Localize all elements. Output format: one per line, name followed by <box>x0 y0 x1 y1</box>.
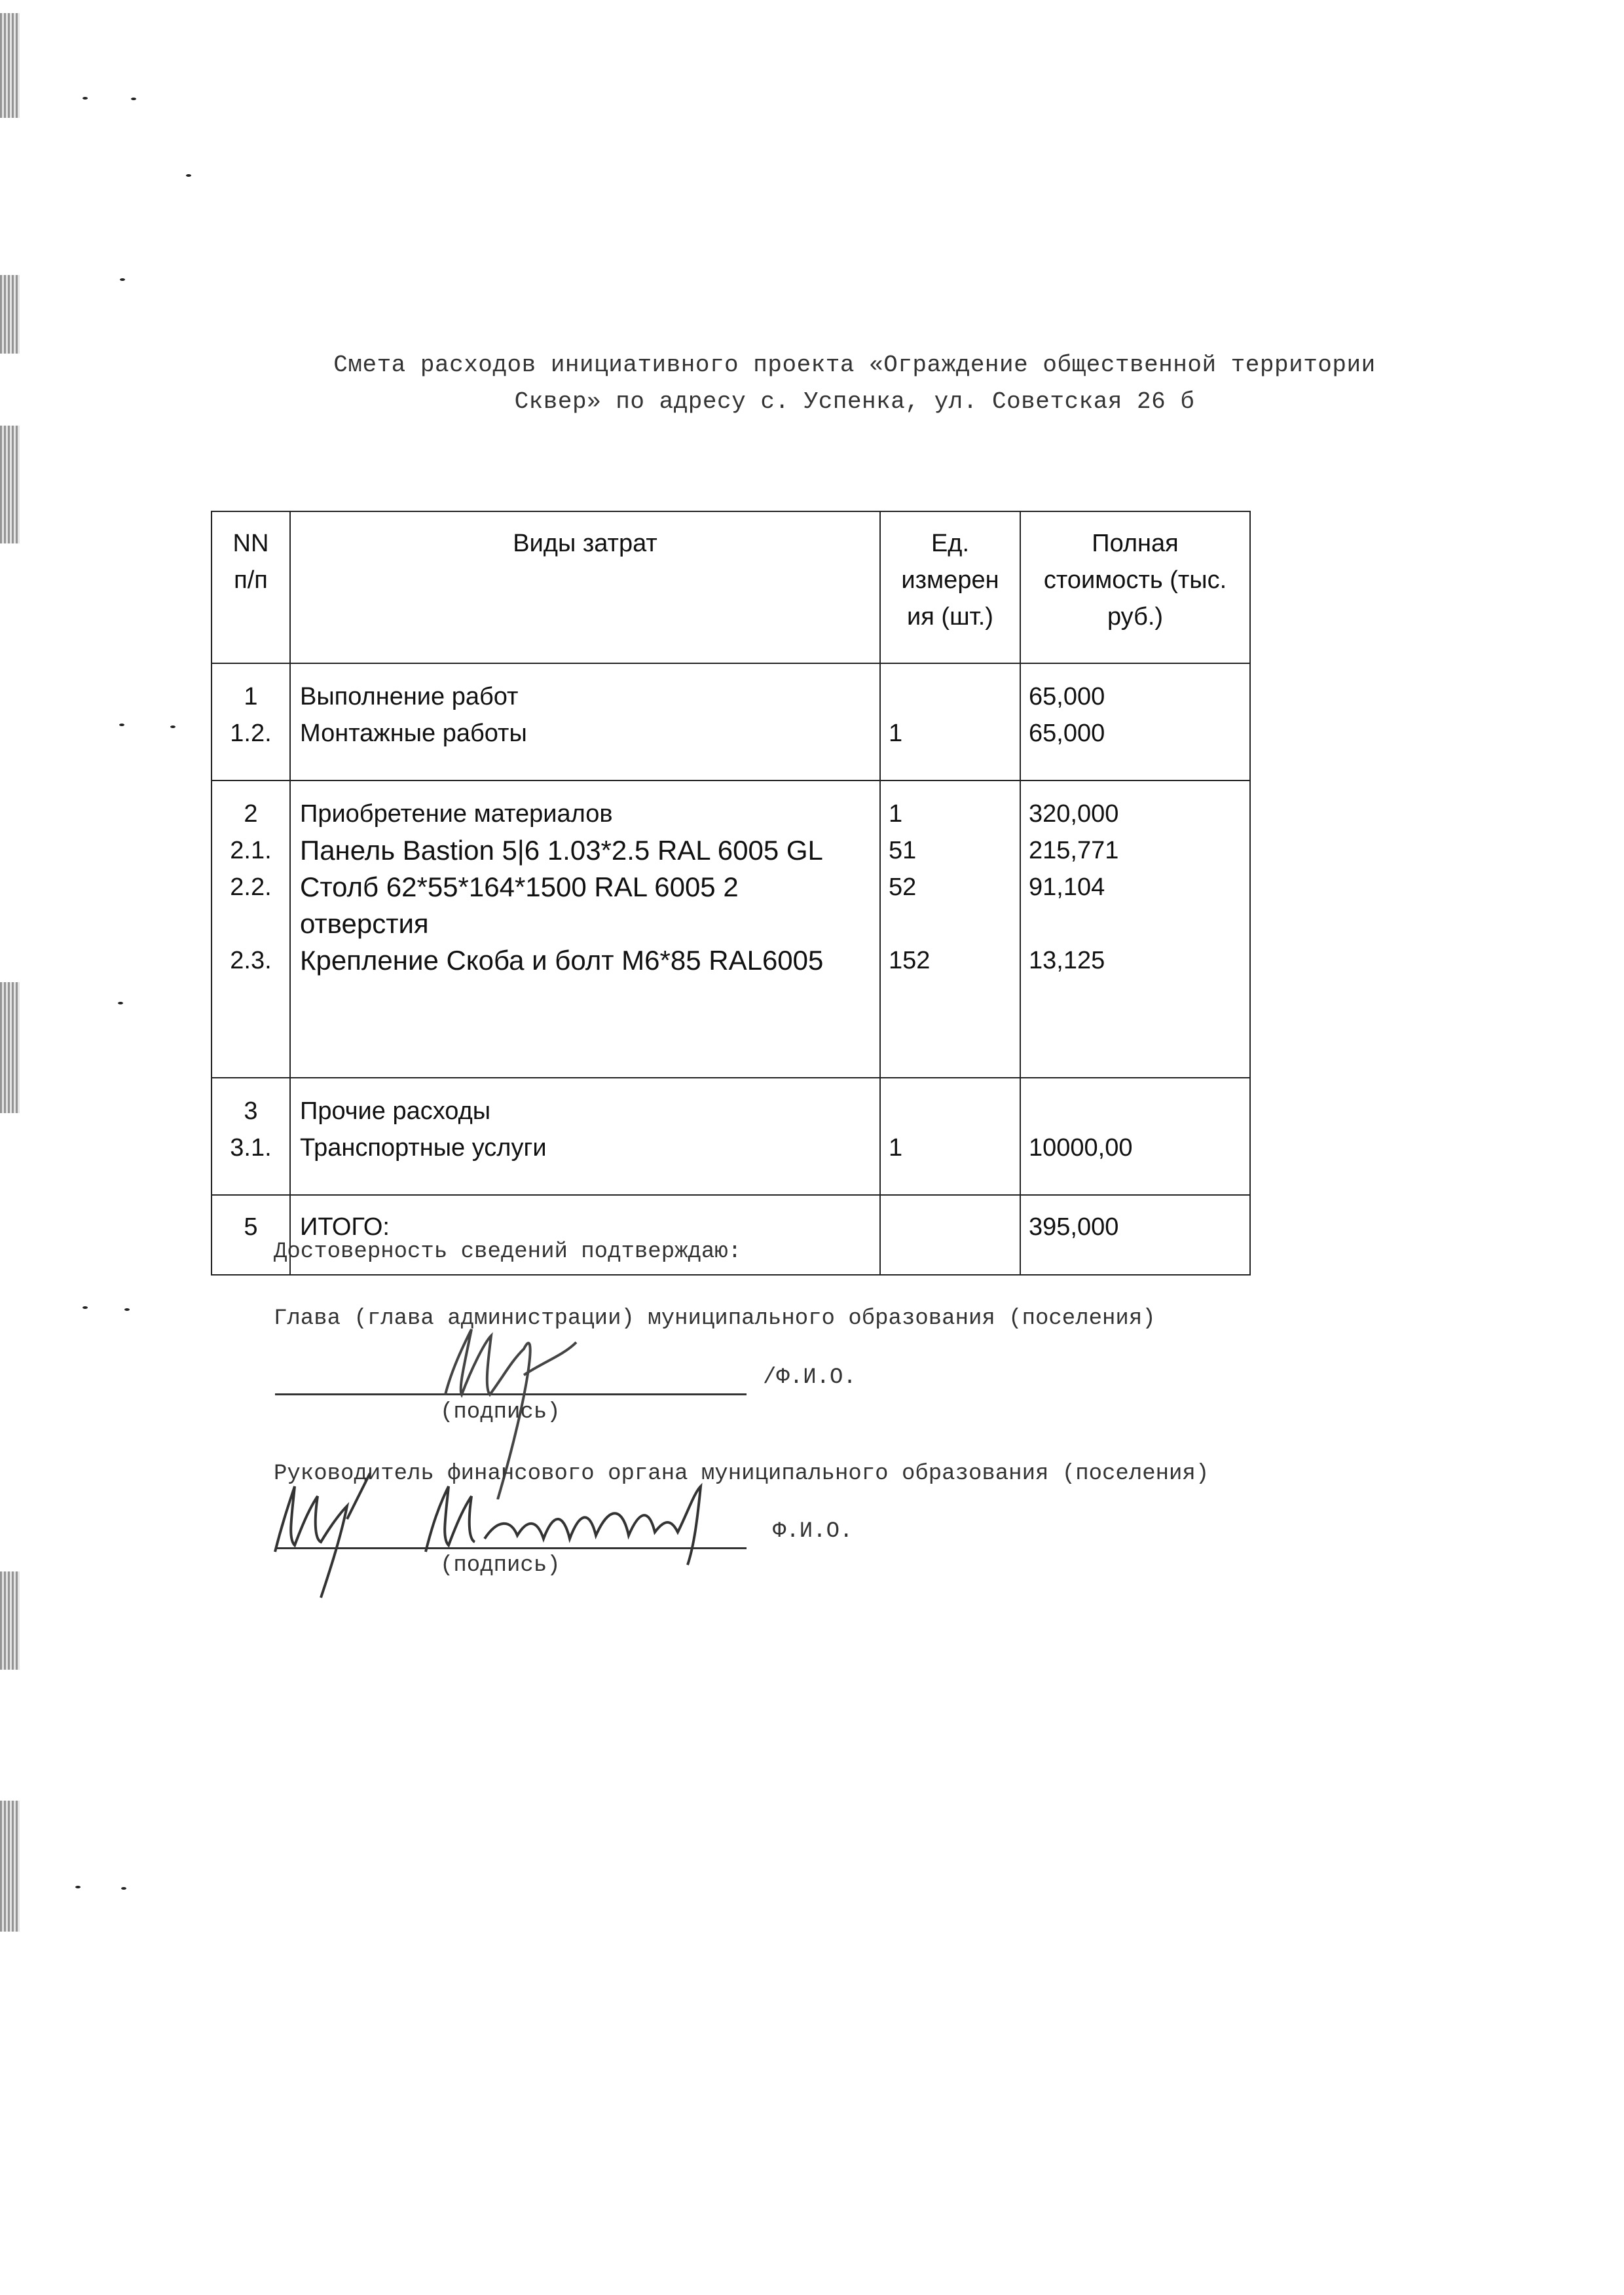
row-unit <box>880 1195 1020 1275</box>
estimate-table: NN п/п Виды затрат Ед. измерен ия (шт.) … <box>211 511 1251 1276</box>
finance-signature-scribble <box>268 1467 779 1604</box>
row-cost: 65,000 65,000 <box>1020 663 1250 780</box>
title-line-1: Смета расходов инициативного проекта «Ог… <box>249 347 1460 384</box>
title-line-2: Сквер» по адресу с. Успенка, ул. Советск… <box>249 384 1460 420</box>
total-value: 395,000 <box>1020 1195 1250 1275</box>
table-row: 3 3.1. Прочие расходы Транспортные услуг… <box>212 1078 1250 1195</box>
speck <box>118 1002 123 1004</box>
row-cost: 10000,00 <box>1020 1078 1250 1195</box>
speck <box>83 97 88 100</box>
table-header-row: NN п/п Виды затрат Ед. измерен ия (шт.) … <box>212 511 1250 663</box>
speck <box>83 1306 88 1309</box>
head-sign-caption: (подпись) <box>440 1400 561 1425</box>
header-cost-type: Виды затрат <box>290 511 880 663</box>
row-number: 1 1.2. <box>212 663 290 780</box>
speck <box>119 724 124 726</box>
table-row: 2 2.1. 2.2. 2.3. Приобретение материалов… <box>212 780 1250 1078</box>
row-unit: 1 <box>880 1078 1020 1195</box>
header-number: NN п/п <box>212 511 290 663</box>
row-cost-type: Приобретение материалов Панель Bastion 5… <box>290 780 880 1078</box>
speck <box>124 1308 130 1311</box>
row-unit: 1 51 52 152 <box>880 780 1020 1078</box>
header-total-cost: Полная стоимость (тыс. руб.) <box>1020 511 1250 663</box>
document-title: Смета расходов инициативного проекта «Ог… <box>249 347 1460 420</box>
scan-edge-artifact <box>0 1571 20 1670</box>
row-unit: 1 <box>880 663 1020 780</box>
speck <box>131 98 136 100</box>
confirmation-label: Достоверность сведений подтверждаю: <box>274 1239 741 1264</box>
scan-edge-artifact <box>0 275 20 354</box>
table-row: 1 1.2. Выполнение работ Монтажные работы… <box>212 663 1250 780</box>
scan-edge-artifact <box>0 982 20 1113</box>
speck <box>121 1887 126 1890</box>
speck <box>170 725 175 728</box>
row-cost-type: Выполнение работ Монтажные работы <box>290 663 880 780</box>
speck <box>186 174 191 177</box>
head-title: Глава (глава администрации) муниципально… <box>274 1306 1156 1331</box>
row-cost: 320,000 215,771 91,104 13,125 <box>1020 780 1250 1078</box>
row-number: 3 3.1. <box>212 1078 290 1195</box>
head-fio-label: /Ф.И.О. <box>763 1365 857 1390</box>
scan-edge-artifact <box>0 13 20 118</box>
scan-edge-artifact <box>0 426 20 543</box>
finance-fio-label: Ф.И.О. <box>773 1519 853 1544</box>
speck <box>75 1886 81 1888</box>
row-number: 2 2.1. 2.2. 2.3. <box>212 780 290 1078</box>
speck <box>120 278 125 281</box>
row-cost-type: Прочие расходы Транспортные услуги <box>290 1078 880 1195</box>
finance-sign-caption: (подпись) <box>440 1553 561 1578</box>
scan-edge-artifact <box>0 1801 20 1932</box>
header-unit: Ед. измерен ия (шт.) <box>880 511 1020 663</box>
